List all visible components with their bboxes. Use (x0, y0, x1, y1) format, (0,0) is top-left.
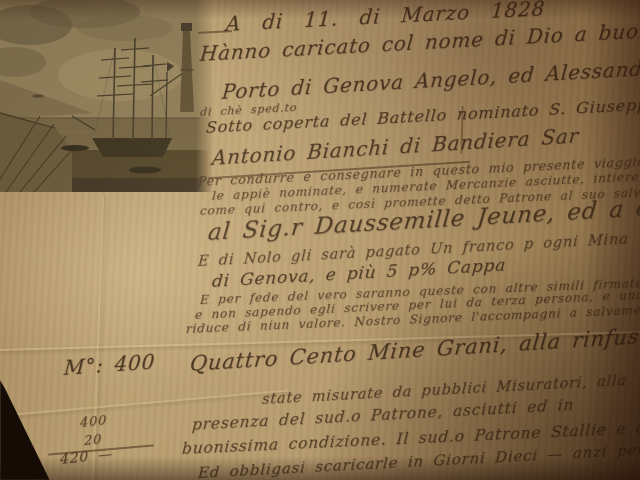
harbor-engraving-icon (0, 0, 212, 192)
engraving-edge-fade (196, 0, 212, 192)
document-photo: A di 11. di Marzo 1828 Hànno caricato co… (0, 0, 640, 480)
margin-total: 420 — (60, 446, 113, 468)
cargo-quantity-mark: M°: 400 (63, 350, 156, 381)
harbor-engraving-svg (0, 0, 212, 192)
paper-sheet: A di 11. di Marzo 1828 Hànno caricato co… (0, 0, 640, 480)
margin-figure: 20 (84, 432, 102, 449)
margin-figure: 400 (80, 413, 107, 431)
